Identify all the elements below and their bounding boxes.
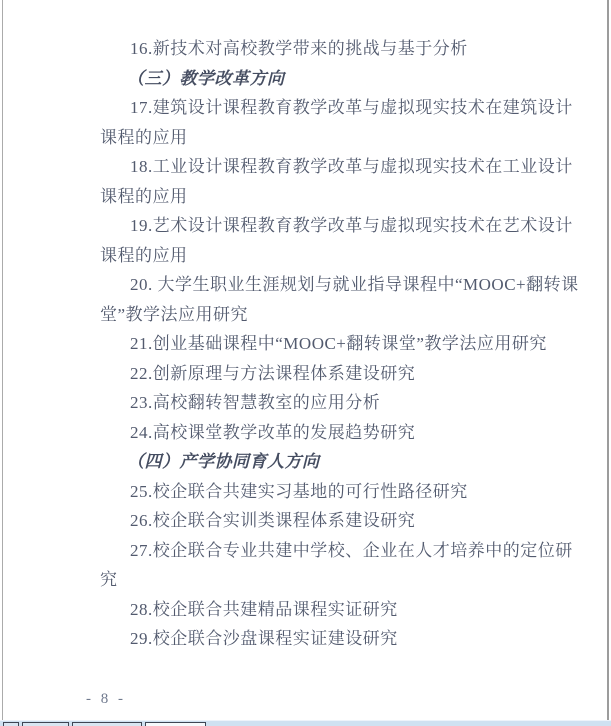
topic-line-17: 17.建筑设计课程教育教学改革与虚拟现实技术在建筑设计 bbox=[100, 93, 586, 123]
page-number: - 8 - bbox=[86, 691, 126, 708]
topic-line-22: 22.创新原理与方法课程体系建设研究 bbox=[100, 359, 586, 389]
document-body: 16.新技术对高校教学带来的挑战与基于分析 （三）教学改革方向 17.建筑设计课… bbox=[100, 34, 586, 654]
page-right-edge-line bbox=[607, 0, 609, 720]
topic-line-27-wrap: 究 bbox=[100, 565, 586, 595]
topic-line-17-wrap: 课程的应用 bbox=[100, 123, 586, 153]
topic-line-20: 20. 大学生职业生涯规划与就业指导课程中“MOOC+翻转课 bbox=[100, 270, 586, 300]
topic-line-16: 16.新技术对高校教学带来的挑战与基于分析 bbox=[100, 34, 586, 64]
taskbar-tab-2[interactable] bbox=[72, 722, 142, 726]
topic-line-18-wrap: 课程的应用 bbox=[100, 182, 586, 212]
bottom-ui-strip bbox=[0, 720, 611, 726]
topic-line-27: 27.校企联合专业共建中学校、企业在人才培养中的定位研 bbox=[100, 536, 586, 566]
taskbar-tab-1[interactable] bbox=[22, 722, 69, 726]
topic-line-24: 24.高校课堂教学改革的发展趋势研究 bbox=[100, 418, 586, 448]
topic-line-23: 23.高校翻转智慧教室的应用分析 bbox=[100, 388, 586, 418]
topic-line-26: 26.校企联合实训类课程体系建设研究 bbox=[100, 506, 586, 536]
section-heading-4: （四）产学协同育人方向 bbox=[100, 447, 586, 477]
topic-line-18: 18.工业设计课程教育教学改革与虚拟现实技术在工业设计 bbox=[100, 152, 586, 182]
topic-line-25: 25.校企联合共建实习基地的可行性路径研究 bbox=[100, 477, 586, 507]
topic-line-19: 19.艺术设计课程教育教学改革与虚拟现实技术在艺术设计 bbox=[100, 211, 586, 241]
topic-line-19-wrap: 课程的应用 bbox=[100, 241, 586, 271]
section-heading-3: （三）教学改革方向 bbox=[100, 64, 586, 94]
scanned-document-page: 16.新技术对高校教学带来的挑战与基于分析 （三）教学改革方向 17.建筑设计课… bbox=[0, 0, 611, 726]
taskbar-tab-3[interactable] bbox=[145, 722, 206, 726]
topic-line-20-wrap: 堂”教学法应用研究 bbox=[100, 300, 586, 330]
topic-line-28: 28.校企联合共建精品课程实证研究 bbox=[100, 595, 586, 625]
page-left-edge-line bbox=[2, 0, 3, 720]
taskbar-tab-edge[interactable] bbox=[3, 722, 19, 726]
topic-line-21: 21.创业基础课程中“MOOC+翻转课堂”教学法应用研究 bbox=[100, 329, 586, 359]
topic-line-29: 29.校企联合沙盘课程实证建设研究 bbox=[100, 624, 586, 654]
